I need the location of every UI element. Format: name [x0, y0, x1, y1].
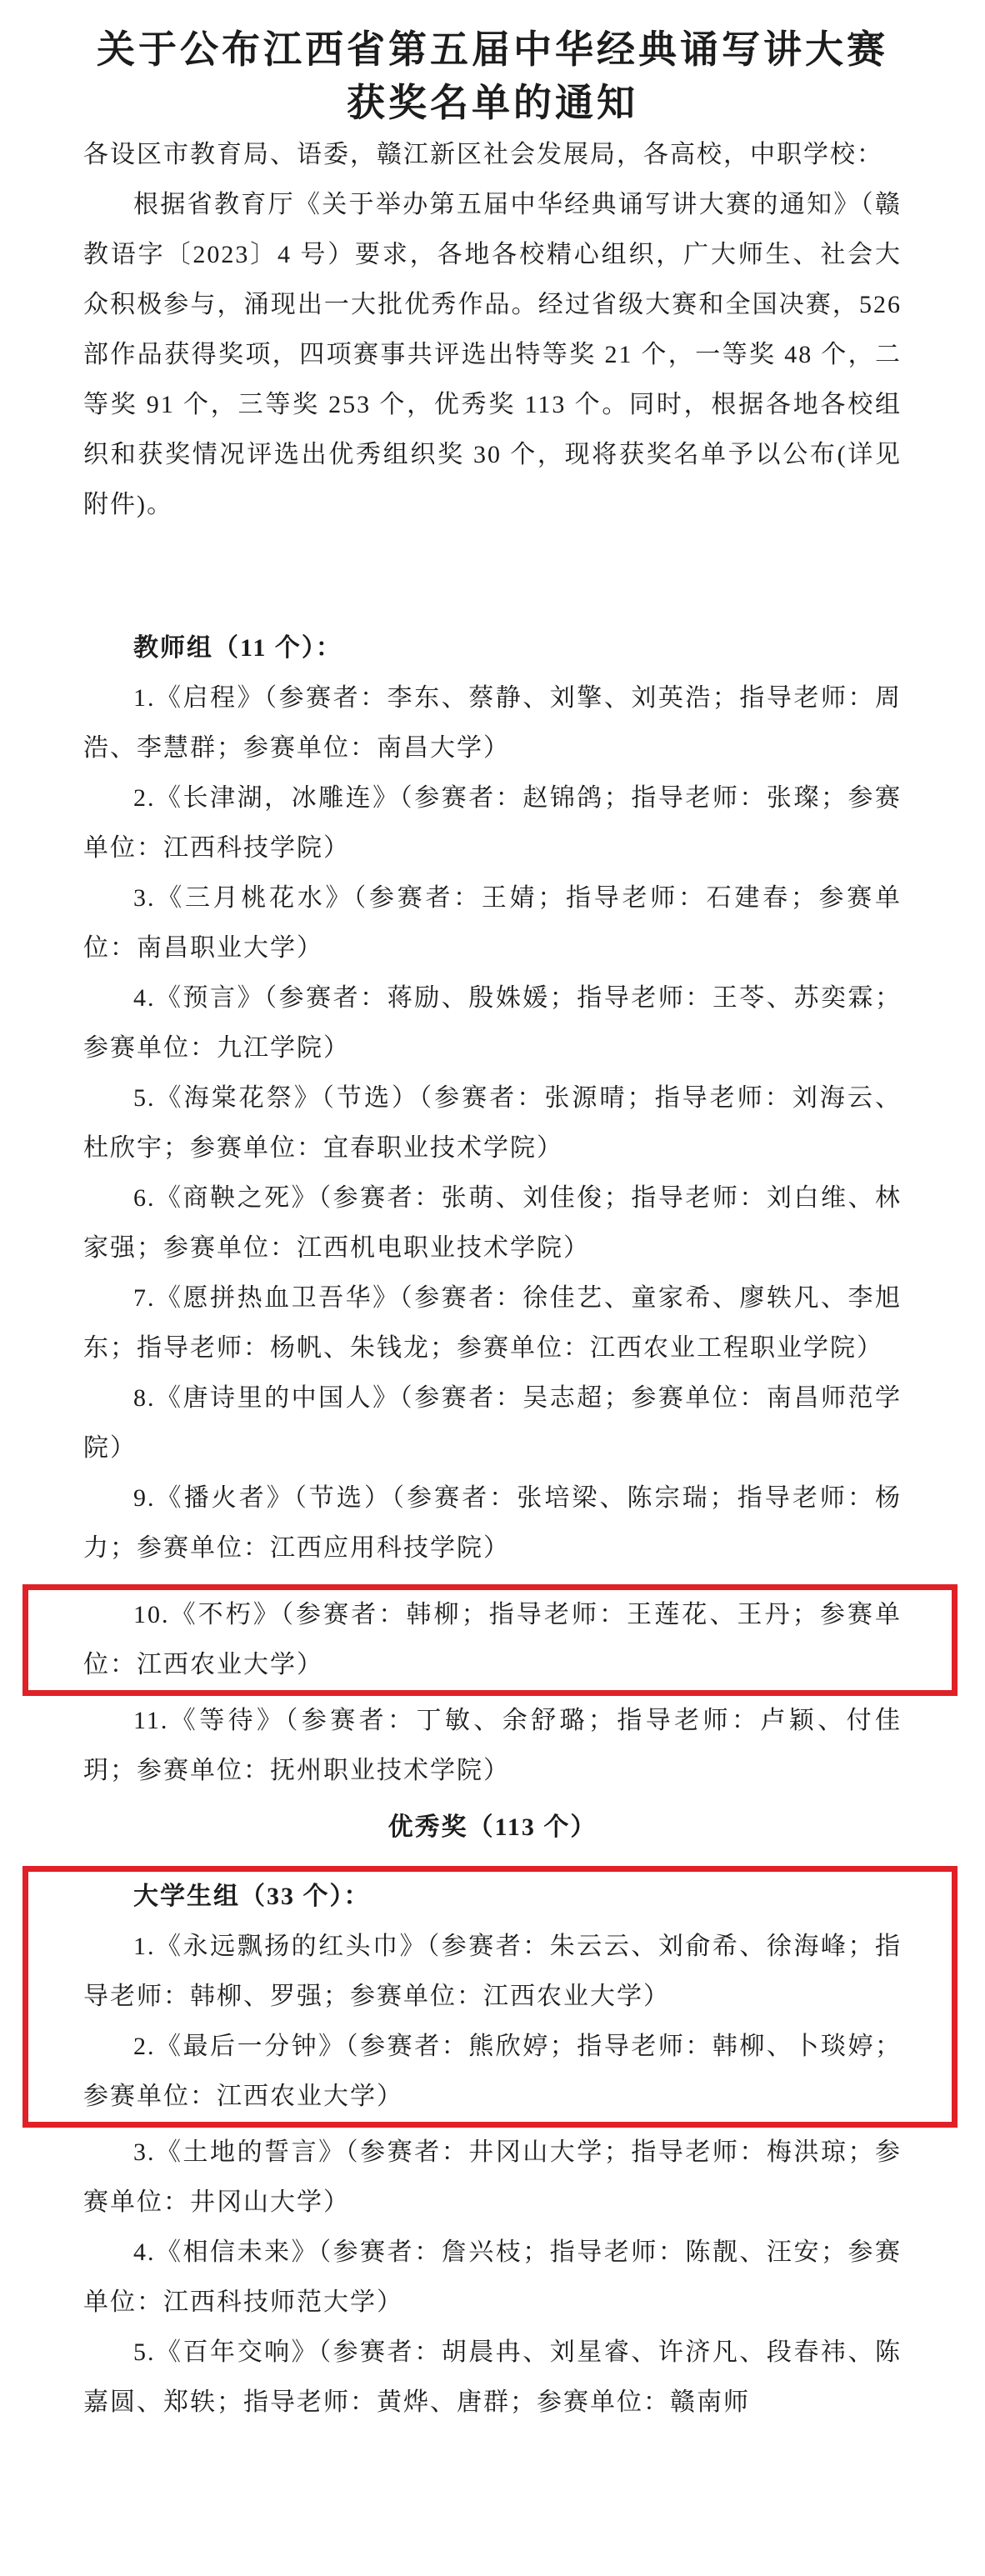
excellence-award-heading: 优秀奖（113 个） [83, 1803, 902, 1853]
teacher-item-3: 3.《三月桃花水》（参赛者：王婧；指导老师：石建春；参赛单位：南昌职业大学） [83, 873, 902, 973]
teacher-item-7: 7.《愿拼热血卫吾华》（参赛者：徐佳艺、童家希、廖轶凡、李旭东；指导老师：杨帆、… [83, 1273, 902, 1373]
teacher-item-1: 1.《启程》（参赛者：李东、蔡静、刘擎、刘英浩；指导老师：周浩、李慧群；参赛单位… [83, 673, 902, 773]
teacher-item-6: 6.《商鞅之死》（参赛者：张萌、刘佳俊；指导老师：刘白维、林家强；参赛单位：江西… [83, 1173, 902, 1273]
student-item-1: 1.《永远飘扬的红头巾》（参赛者：朱云云、刘俞希、徐海峰；指导老师：韩柳、罗强；… [83, 1922, 902, 2022]
student-item-4: 4.《相信未来》（参赛者：詹兴枝；指导老师：陈靓、汪安；参赛单位：江西科技师范大… [83, 2228, 902, 2328]
highlight-box-teacher: 10.《不朽》（参赛者：韩柳；指导老师：王莲花、王丹；参赛单位：江西农业大学） [22, 1584, 957, 1696]
student-group-heading: 大学生组（33 个）： [83, 1872, 902, 1922]
teacher-group-list: 1.《启程》（参赛者：李东、蔡静、刘擎、刘英浩；指导老师：周浩、李慧群；参赛单位… [83, 673, 902, 1573]
document-title-line1: 关于公布江西省第五届中华经典诵写讲大赛 [97, 28, 888, 71]
document-title: 关于公布江西省第五届中华经典诵写讲大赛 获奖名单的通知 [83, 23, 902, 130]
teacher-group-section: 教师组（11 个）： 1.《启程》（参赛者：李东、蔡静、刘擎、刘英浩；指导老师：… [83, 623, 902, 1796]
teacher-item-8: 8.《唐诗里的中国人》（参赛者：吴志超；参赛单位：南昌师范学院） [83, 1373, 902, 1473]
teacher-group-highlighted-items: 10.《不朽》（参赛者：韩柳；指导老师：王莲花、王丹；参赛单位：江西农业大学） [83, 1590, 902, 1690]
student-group-list-rest: 3.《土地的誓言》（参赛者：井冈山大学；指导老师：梅洪琼；参赛单位：井冈山大学）… [83, 2128, 902, 2428]
teacher-item-9: 9.《播火者》（节选）（参赛者：张培梁、陈宗瑞；指导老师：杨力；参赛单位：江西应… [83, 1473, 902, 1573]
teacher-group-heading: 教师组（11 个）： [83, 623, 902, 673]
student-item-3: 3.《土地的誓言》（参赛者：井冈山大学；指导老师：梅洪琼；参赛单位：井冈山大学） [83, 2128, 902, 2228]
teacher-item-4: 4.《预言》（参赛者：蒋励、殷姝媛；指导老师：王苓、苏奕霖；参赛单位：九江学院） [83, 973, 902, 1073]
teacher-item-10: 10.《不朽》（参赛者：韩柳；指导老师：王莲花、王丹；参赛单位：江西农业大学） [83, 1590, 902, 1690]
student-item-2: 2.《最后一分钟》（参赛者：熊欣婷；指导老师：韩柳、卜琰婷；参赛单位：江西农业大… [83, 2022, 902, 2122]
student-item-5: 5.《百年交响》（参赛者：胡晨冉、刘星睿、许济凡、段春祎、陈嘉圆、郑轶；指导老师… [83, 2328, 902, 2428]
notice-document: 关于公布江西省第五届中华经典诵写讲大赛 获奖名单的通知 各设区市教育局、语委，赣… [0, 0, 985, 2576]
teacher-item-11: 11.《等待》（参赛者：丁敏、余舒璐；指导老师：卢颖、付佳玥；参赛单位：抚州职业… [83, 1696, 902, 1796]
teacher-item-2: 2.《长津湖，冰雕连》（参赛者：赵锦鸽；指导老师：张璨；参赛单位：江西科技学院） [83, 773, 902, 873]
student-group-highlighted-items: 1.《永远飘扬的红头巾》（参赛者：朱云云、刘俞希、徐海峰；指导老师：韩柳、罗强；… [83, 1922, 902, 2122]
document-title-line2: 获奖名单的通知 [347, 82, 638, 124]
intro-paragraph: 根据省教育厅《关于举办第五届中华经典诵写讲大赛的通知》（赣教语字〔2023〕4 … [83, 180, 902, 530]
salutation: 各设区市教育局、语委，赣江新区社会发展局，各高校，中职学校： [83, 130, 902, 180]
teacher-group-list-rest: 11.《等待》（参赛者：丁敏、余舒璐；指导老师：卢颖、付佳玥；参赛单位：抚州职业… [83, 1696, 902, 1796]
teacher-item-5: 5.《海棠花祭》（节选）（参赛者：张源晴；指导老师：刘海云、杜欣宇；参赛单位：宜… [83, 1073, 902, 1173]
student-group-section: 大学生组（33 个）： 1.《永远飘扬的红头巾》（参赛者：朱云云、刘俞希、徐海峰… [83, 1866, 902, 2428]
highlight-box-students: 大学生组（33 个）： 1.《永远飘扬的红头巾》（参赛者：朱云云、刘俞希、徐海峰… [22, 1866, 957, 2128]
